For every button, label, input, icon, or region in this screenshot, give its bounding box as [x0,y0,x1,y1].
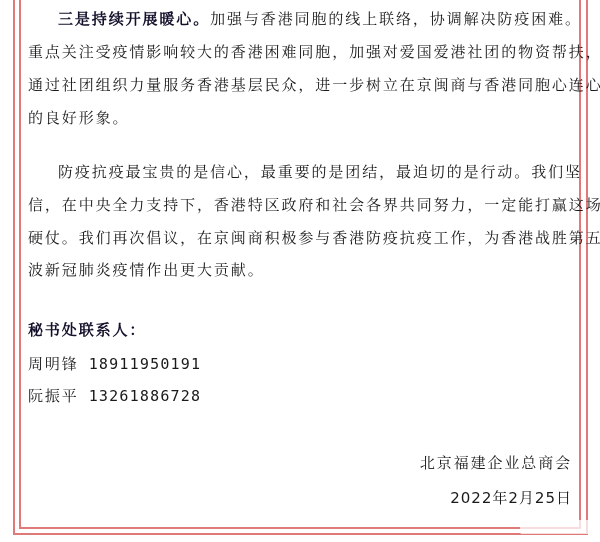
border-left-outer [13,0,15,535]
paragraph-1-line-1: 三是持续开展暖心。加强与香港同胞的线上联络，协调解决防疫困难。 [58,10,582,28]
contact-phone: 18911950191 [89,355,202,373]
contact-phone: 13261886728 [89,387,202,405]
contacts-heading: 秘书处联系人： [28,321,146,339]
paragraph-1-line-4: 的良好形象。 [28,109,129,127]
signature-date: 2022年2月25日 [450,489,572,507]
paragraph-2-line-4: 波新冠肺炎疫情作出更大贡献。 [28,261,265,279]
paragraph-2-line-1: 防疫抗疫最宝贵的是信心，最重要的是团结，最迫切的是行动。我们坚 [58,163,582,181]
watermark-overlay [520,520,590,534]
paragraph-1-heading: 三是持续开展暖心。 [58,10,210,28]
contact-name: 阮振平 [28,387,79,405]
paragraph-2-line-3: 硬仗。我们再次倡议，在京闽商积极参与香港防疫抗疫工作，为香港战胜第五 [28,229,600,247]
paragraph-2-line-2: 信，在中央全力支持下，香港特区政府和社会各界共同努力，一定能打赢这场 [28,196,600,214]
paragraph-1-text: 加强与香港同胞的线上联络，协调解决防疫困难。 [210,10,582,28]
border-bottom-outer [13,533,588,535]
contact-row: 周明锋18911950191 [28,355,201,373]
border-bottom-inner [19,527,581,529]
contact-row: 阮振平13261886728 [28,387,201,405]
paragraph-1-line-2: 重点关注受疫情影响较大的香港困难同胞，加强对爱国爱港社团的物资帮扶， [28,43,600,61]
paragraph-1-line-3: 通过社团组织力量服务香港基层民众，进一步树立在京闽商与香港同胞心连心 [28,76,600,94]
border-left-inner [19,0,21,529]
signature-organization: 北京福建企业总商会 [420,454,572,472]
contact-name: 周明锋 [28,355,79,373]
